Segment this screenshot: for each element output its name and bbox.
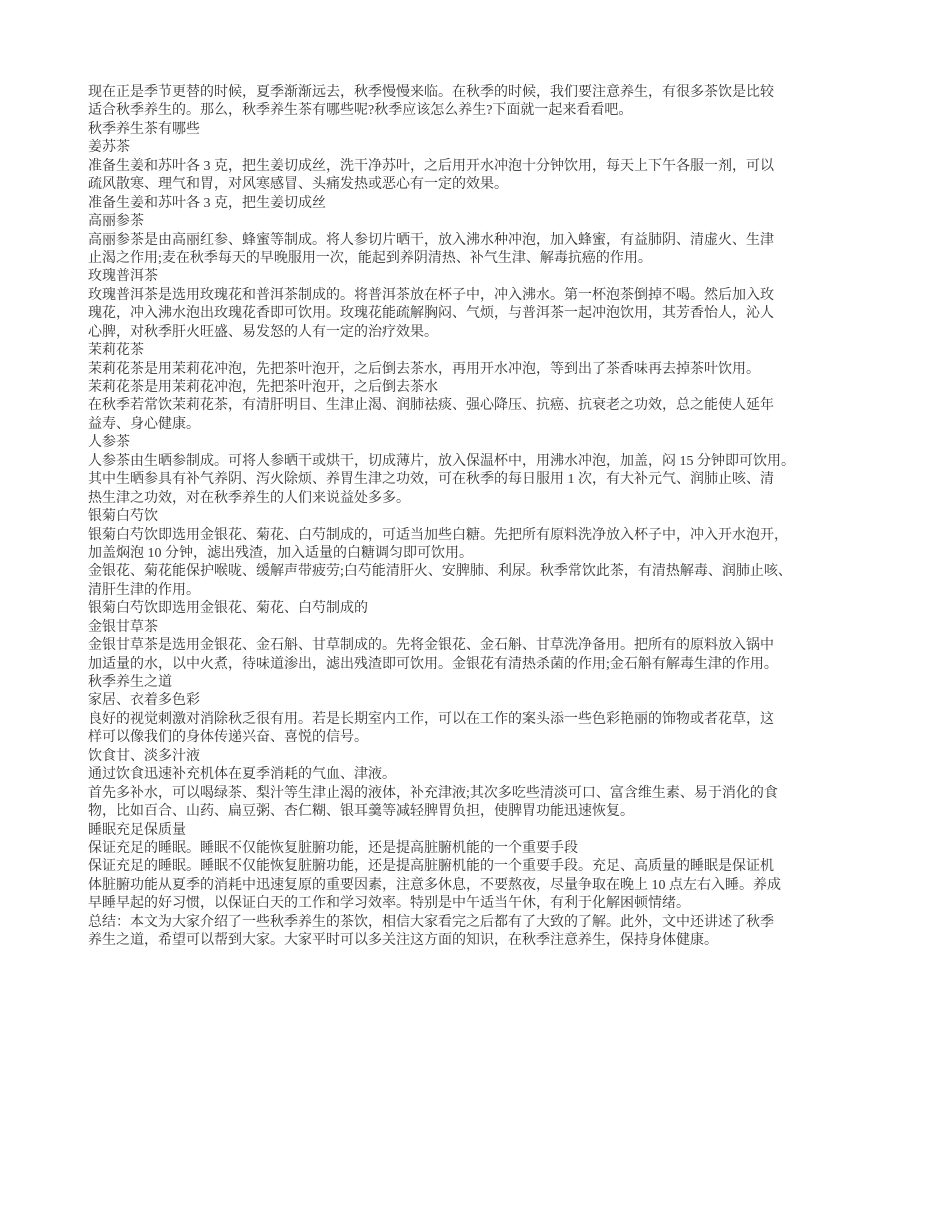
text-line: 保证充足的睡眠。睡眠不仅能恢复脏腑功能，还是提高脏腑机能的一个重要手段。充足、高…	[88, 858, 898, 876]
tea-heading: 金银甘草茶	[88, 619, 898, 637]
tea-heading: 茉莉花茶	[88, 342, 898, 360]
text-line: 银菊白芍饮即选用金银花、菊花、白芍制成的，可适当加些白糖。先把所有原料洗净放入杯…	[88, 527, 898, 545]
text-line: 清肝生津的作用。	[88, 582, 898, 600]
intro-line: 现在正是季节更替的时候，夏季渐渐远去，秋季慢慢来临。在秋季的时候，我们要注意养生…	[88, 84, 898, 102]
intro-line: 适合秋季养生的。那么，秋季养生茶有哪些呢?秋季应该怎么养生?下面就一起来看看吧。	[88, 102, 898, 120]
caption-line: 茉莉花茶是用茉莉花冲泡，先把茶叶泡开，之后倒去茶水	[88, 379, 898, 397]
section-heading: 秋季养生之道	[88, 674, 898, 692]
text-line: 体脏腑功能从夏季的消耗中迅速复原的重要因素，注意多休息，不要熬夜，尽量争取在晚上…	[88, 877, 898, 895]
tea-heading: 银菊白芍饮	[88, 508, 898, 526]
text-line: 金银甘草茶是选用金银花、金石斛、甘草制成的。先将金银花、金石斛、甘草洗净备用。把…	[88, 637, 898, 655]
text-line: 玫瑰普洱茶是选用玫瑰花和普洱茶制成的。将普洱茶放在杯子中，冲入沸水。第一杯泡茶倒…	[88, 287, 898, 305]
text-line: 准备生姜和苏叶各 3 克，把生姜切成丝，洗干净苏叶，之后用开水冲泡十分钟饮用，每…	[88, 158, 898, 176]
caption-line: 准备生姜和苏叶各 3 克，把生姜切成丝	[88, 195, 898, 213]
text-line: 茉莉花茶是用茉莉花冲泡，先把茶叶泡开，之后倒去茶水，再用开水冲泡，等到出了茶香味…	[88, 361, 898, 379]
text-line: 心脾，对秋季肝火旺盛、易发怒的人有一定的治疗效果。	[88, 324, 898, 342]
text-line: 加盖焖泡 10 分钟，滤出残渣，加入适量的白糖调匀即可饮用。	[88, 545, 898, 563]
caption-line: 银菊白芍饮即选用金银花、菊花、白芍制成的	[88, 600, 898, 618]
text-line: 在秋季若常饮茉莉花茶，有清肝明目、生津止渴、润肺祛痰、强心降压、抗癌、抗衰老之功…	[88, 397, 898, 415]
summary-line: 总结：本文为大家介绍了一些秋季养生的茶饮，相信大家看完之后都有了大致的了解。此外…	[88, 914, 898, 932]
text-line: 热生津之功效，对在秋季养生的人们来说益处多多。	[88, 490, 898, 508]
text-line: 高丽参茶是由高丽红参、蜂蜜等制成。将人参切片晒干，放入沸水种冲泡，加入蜂蜜，有益…	[88, 232, 898, 250]
text-line: 益寿、身心健康。	[88, 416, 898, 434]
sub-heading: 家居、衣着多色彩	[88, 692, 898, 710]
text-line: 疏风散寒、理气和胃，对风寒感冒、头痛发热或恶心有一定的效果。	[88, 176, 898, 194]
text-line: 加适量的水，以中火煮，待味道渗出，滤出残渣即可饮用。金银花有清热杀菌的作用;金石…	[88, 656, 898, 674]
tea-heading: 人参茶	[88, 434, 898, 452]
summary-line: 养生之道，希望可以帮到大家。大家平时可以多关注这方面的知识，在秋季注意养生，保持…	[88, 932, 898, 950]
text-line: 早睡早起的好习惯，以保证白天的工作和学习效率。特别是中午适当午休，有利于化解困顿…	[88, 895, 898, 913]
tea-heading: 姜苏茶	[88, 139, 898, 157]
sub-heading: 饮食甘、淡多汁液	[88, 748, 898, 766]
caption-line: 保证充足的睡眠。睡眠不仅能恢复脏腑功能，还是提高脏腑机能的一个重要手段	[88, 840, 898, 858]
text-line: 通过饮食迅速补充机体在夏季消耗的气血、津液。	[88, 766, 898, 784]
text-line: 物，比如百合、山药、扁豆粥、杏仁糊、银耳羹等减轻脾胃负担，使脾胃功能迅速恢复。	[88, 803, 898, 821]
text-line: 金银花、菊花能保护喉咙、缓解声带疲劳;白芍能清肝火、安脾肺、利尿。秋季常饮此茶，…	[88, 563, 898, 581]
tea-heading: 高丽参茶	[88, 213, 898, 231]
article-body: 现在正是季节更替的时候，夏季渐渐远去，秋季慢慢来临。在秋季的时候，我们要注意养生…	[88, 84, 898, 951]
text-line: 止渴之作用;麦在秋季每天的早晚服用一次，能起到养阴清热、补气生津、解毒抗癌的作用…	[88, 250, 898, 268]
tea-heading: 玫瑰普洱茶	[88, 268, 898, 286]
text-line: 样可以像我们的身体传递兴奋、喜悦的信号。	[88, 729, 898, 747]
text-line: 其中生晒参具有补气养阴、泻火除烦、养胃生津之功效，可在秋季的每日服用 1 次，有…	[88, 471, 898, 489]
text-line: 首先多补水，可以喝绿茶、梨汁等生津止渴的液体，补充津液;其次多吃些清淡可口、富含…	[88, 785, 898, 803]
text-line: 良好的视觉刺激对消除秋乏很有用。若是长期室内工作，可以在工作的案头添一些色彩艳丽…	[88, 711, 898, 729]
sub-heading: 睡眠充足保质量	[88, 822, 898, 840]
text-line: 瑰花，冲入沸水泡出玫瑰花香即可饮用。玫瑰花能疏解胸闷、气烦，与普洱茶一起冲泡饮用…	[88, 305, 898, 323]
text-line: 人参茶由生晒参制成。可将人参晒干或烘干，切成薄片，放入保温杯中，用沸水冲泡，加盖…	[88, 453, 898, 471]
section-heading: 秋季养生茶有哪些	[88, 121, 898, 139]
